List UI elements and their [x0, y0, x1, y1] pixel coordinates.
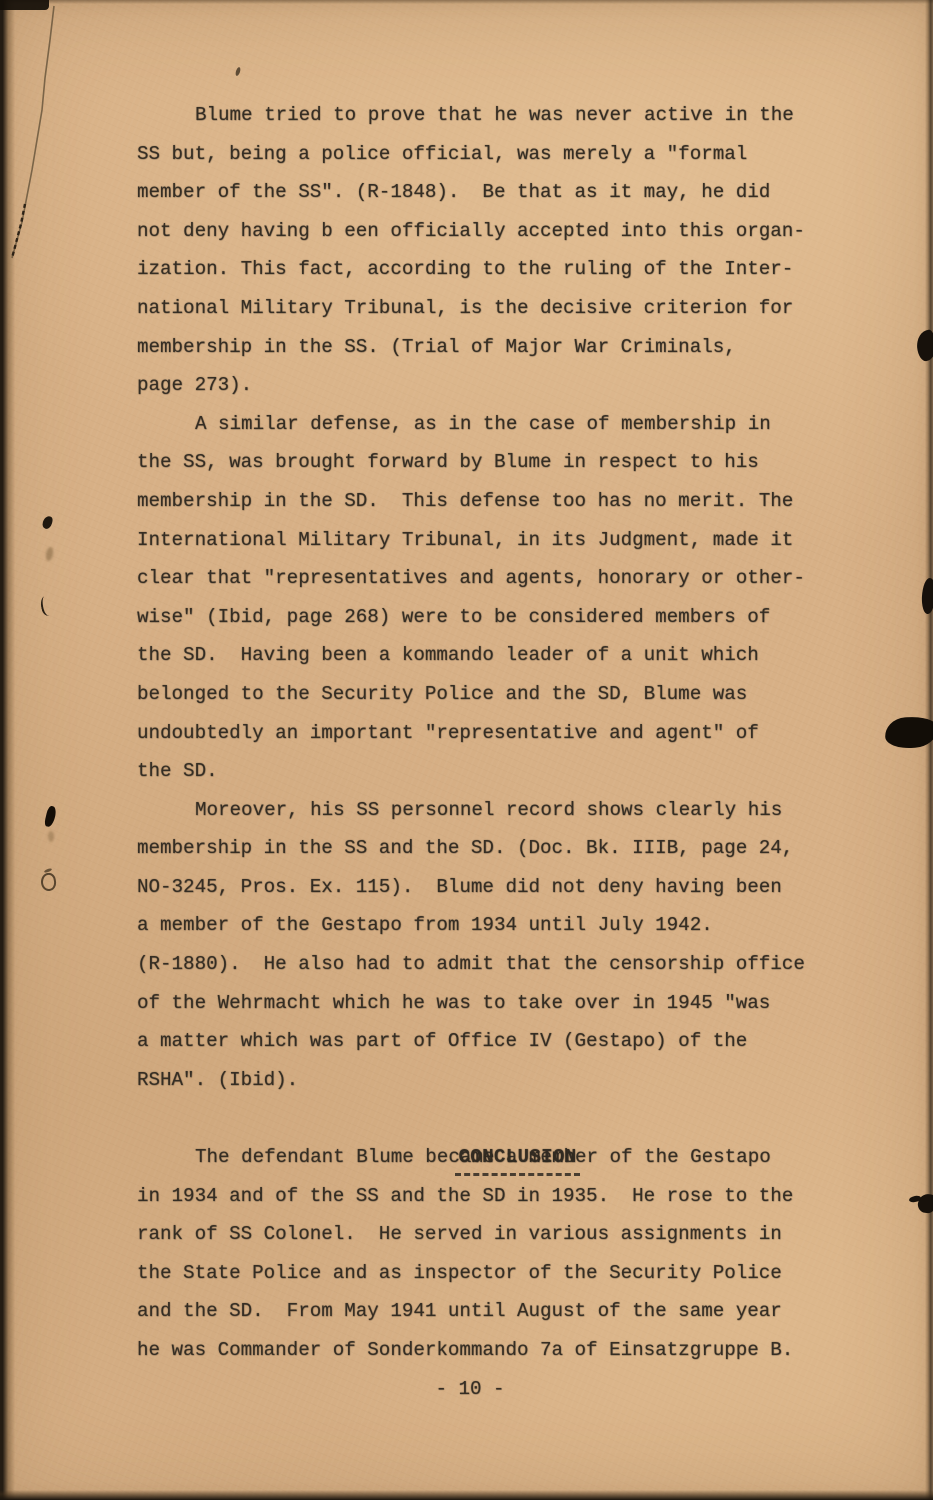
- text-line: ization. This fact, according to the rul…: [137, 250, 837, 289]
- text-line: of the Wehrmacht which he was to take ov…: [137, 984, 837, 1023]
- text-line: rank of SS Colonel. He served in various…: [137, 1215, 837, 1254]
- text-line: belonged to the Security Police and the …: [137, 675, 837, 714]
- typewritten-text: Blume tried to prove that he was never a…: [137, 96, 837, 1408]
- text-line: (R-1880). He also had to admit that the …: [137, 945, 837, 984]
- text-line: Blume tried to prove that he was never a…: [137, 96, 837, 135]
- text-line: NO-3245, Pros. Ex. 115). Blume did not d…: [137, 868, 837, 907]
- text-line: undoubtedly an important "representative…: [137, 714, 837, 753]
- section-heading: CONCLUSION: [133, 1099, 833, 1138]
- section-heading-label: CONCLUSION: [455, 1142, 579, 1176]
- text-line: A similar defense, as in the case of mem…: [137, 405, 837, 444]
- text-line: a matter which was part of Office IV (Ge…: [137, 1022, 837, 1061]
- text-line: a member of the Gestapo from 1934 until …: [137, 906, 837, 945]
- text-line: SS but, being a police official, was mer…: [137, 135, 837, 174]
- text-line: page 273).: [137, 366, 837, 405]
- text-line: membership in the SS. (Trial of Major Wa…: [137, 328, 837, 367]
- page-number: - 10 -: [120, 1370, 820, 1409]
- text-line: national Military Tribunal, is the decis…: [137, 289, 837, 328]
- text-line: International Military Tribunal, in its …: [137, 521, 837, 560]
- text-line: Moreover, his SS personnel record shows …: [137, 791, 837, 830]
- text-line: clear that "representatives and agents, …: [137, 559, 837, 598]
- text-line: not deny having b een officially accepte…: [137, 212, 837, 251]
- text-line: and the SD. From May 1941 until August o…: [137, 1292, 837, 1331]
- text-line: wise" (Ibid, page 268) were to be consid…: [137, 598, 837, 637]
- text-line: the SD.: [137, 752, 837, 791]
- text-line: membership in the SS and the SD. (Doc. B…: [137, 829, 837, 868]
- text-line: the SD. Having been a kommando leader of…: [137, 636, 837, 675]
- text-line: RSHA". (Ibid).: [137, 1061, 837, 1100]
- text-line: the State Police and as inspector of the…: [137, 1254, 837, 1293]
- scanned-document: Blume tried to prove that he was never a…: [0, 0, 933, 1500]
- text-line: he was Commander of Sonderkommando 7a of…: [137, 1331, 837, 1370]
- text-line: the SS, was brought forward by Blume in …: [137, 443, 837, 482]
- text-line: membership in the SD. This defense too h…: [137, 482, 837, 521]
- text-line: member of the SS". (R-1848). Be that as …: [137, 173, 837, 212]
